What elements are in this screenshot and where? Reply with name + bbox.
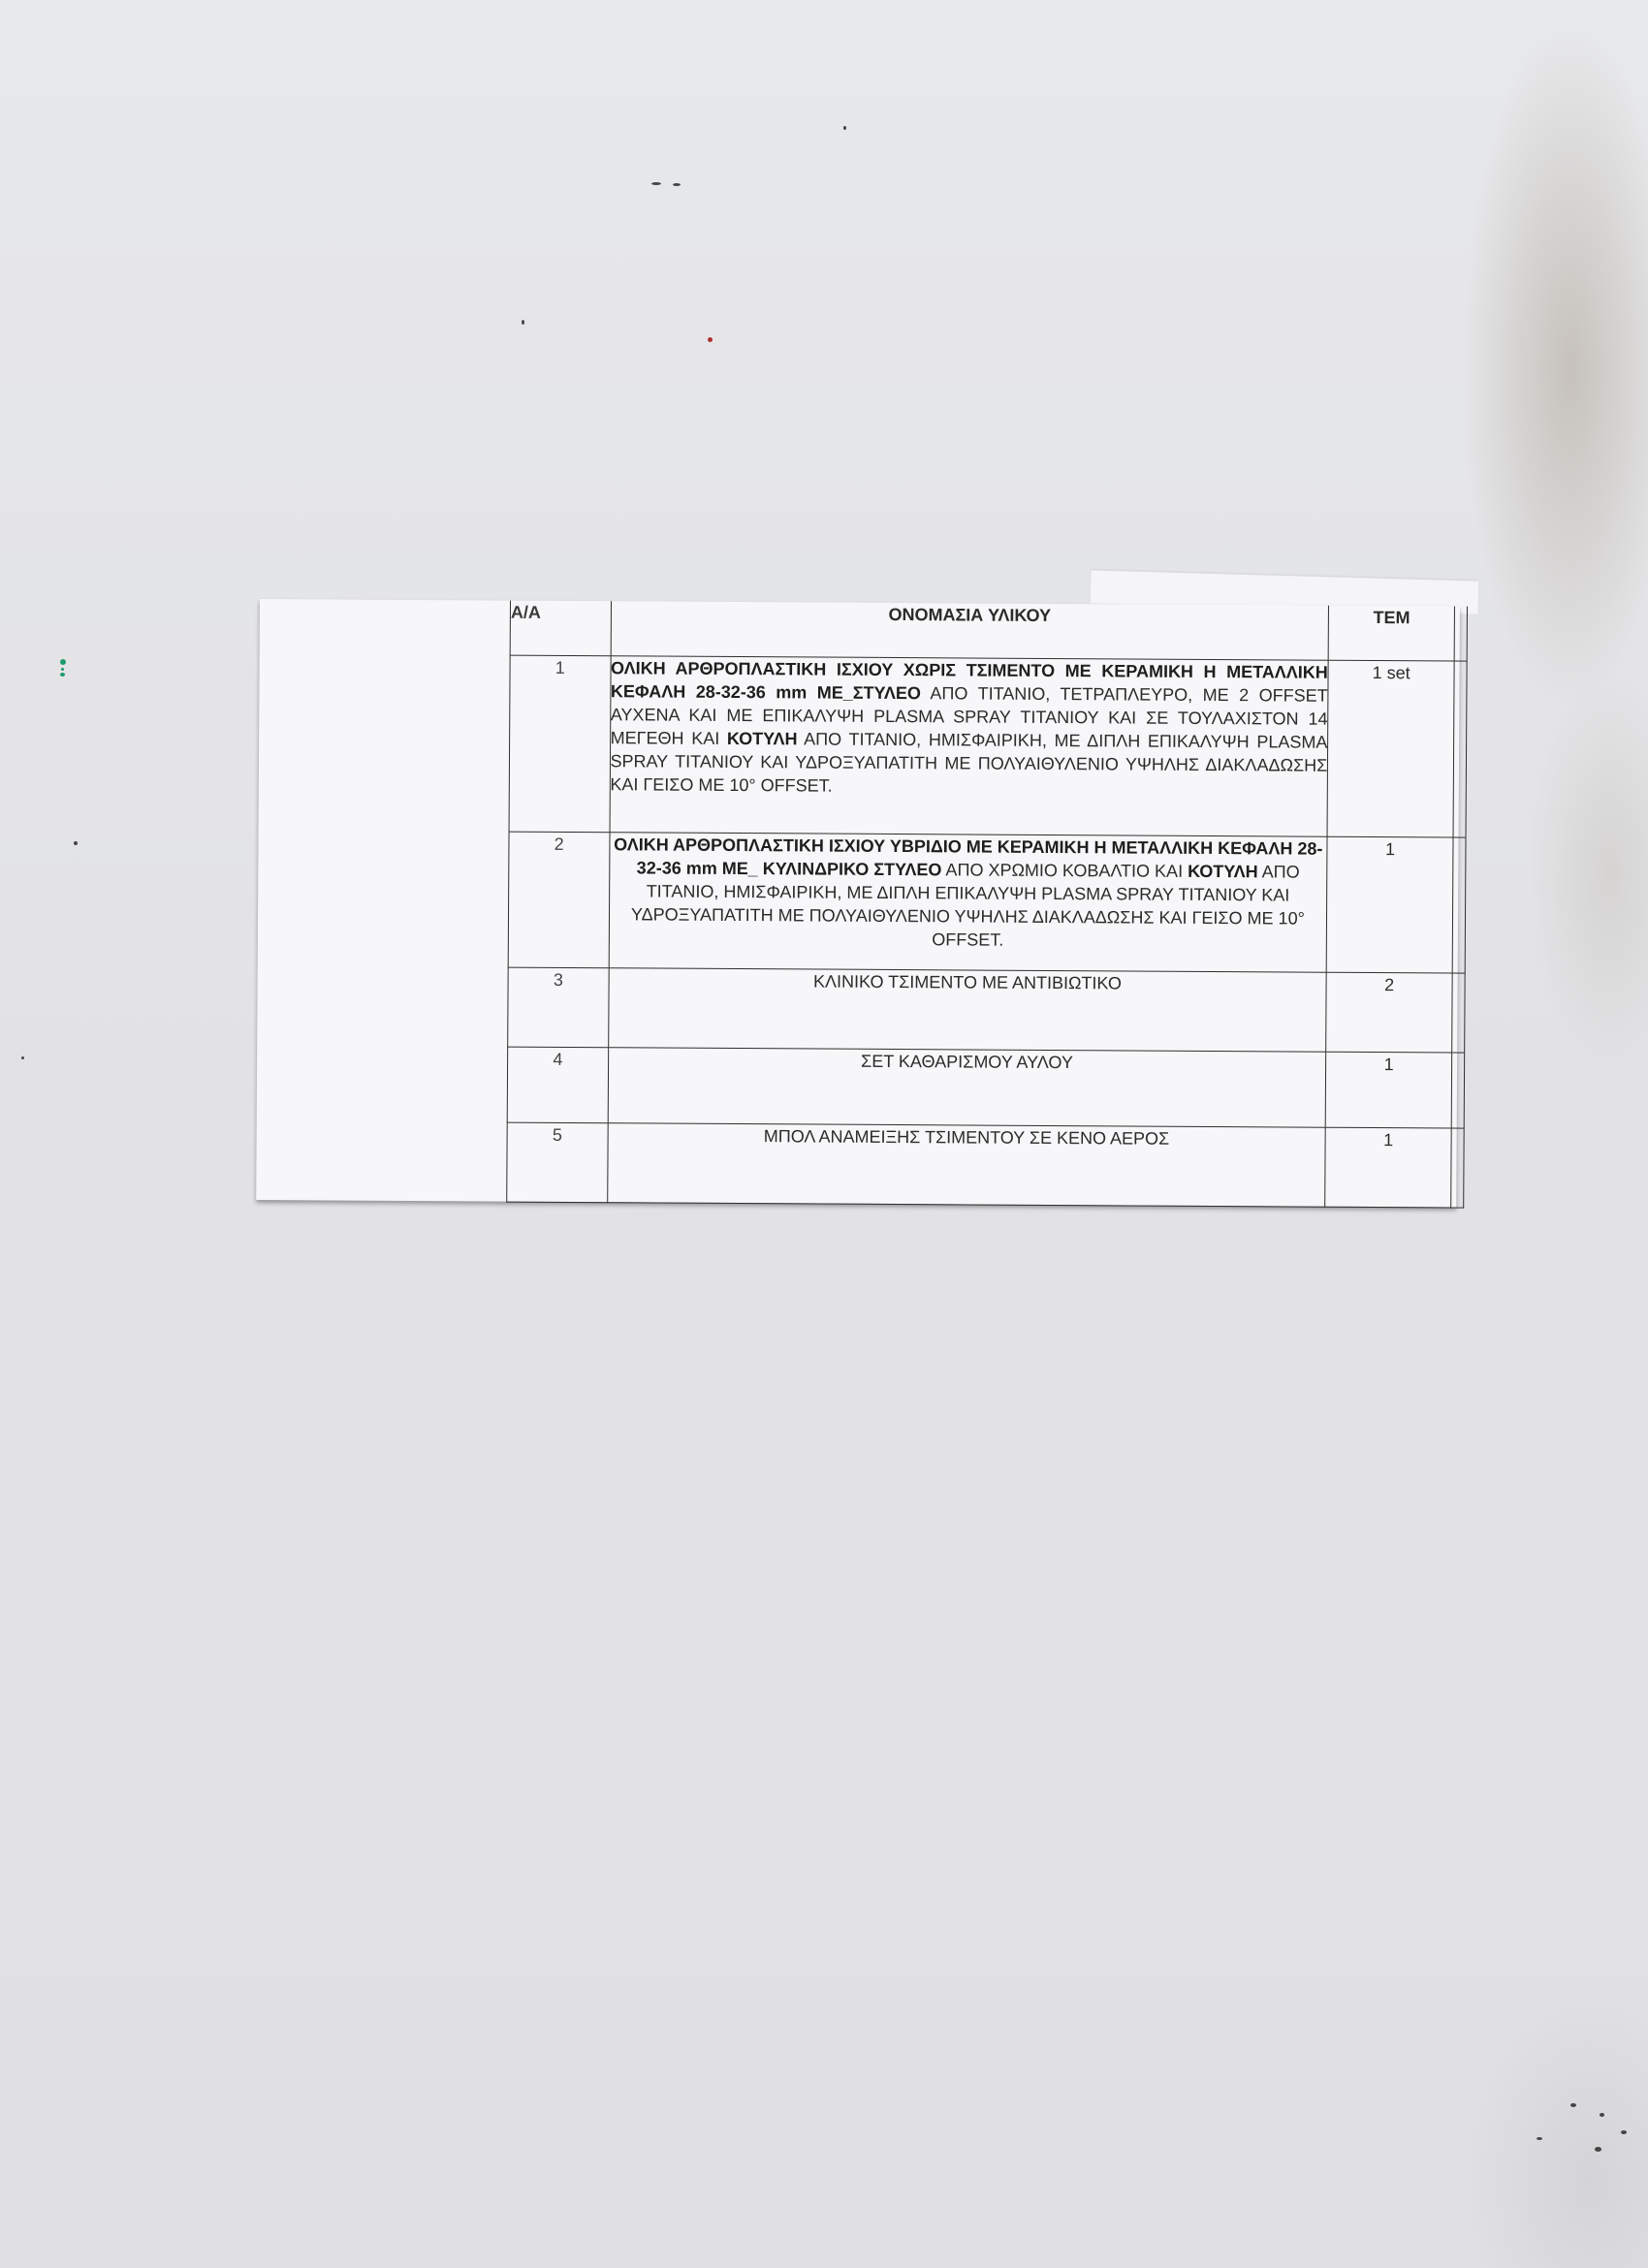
row-quantity: 1 bbox=[1325, 1127, 1451, 1208]
dust-speck bbox=[843, 126, 846, 130]
dust-speck bbox=[522, 320, 524, 325]
row-name: ΟΛΙΚΗ ΑΡΘΡΟΠΛΑΣΤΙΚΗ ΙΣΧΙΟΥ ΧΩΡΙΣ ΤΣΙΜΕΝΤ… bbox=[610, 655, 1329, 836]
dust-speck bbox=[1537, 2137, 1542, 2140]
header-name: ΟΝΟΜΑΣΙΑ ΥΛΙΚΟΥ bbox=[611, 601, 1329, 660]
header-extra bbox=[1454, 607, 1467, 661]
row-name-bold: ΚΟΤΥΛΗ bbox=[1188, 861, 1258, 880]
header-quantity: ΤΕΜ bbox=[1328, 606, 1454, 661]
table-row: 5 ΜΠΟΛ ΑΝΑΜΕΙΞΗΣ ΤΣΙΜΕΝΤΟΥ ΣΕ ΚΕΝΟ ΑΕΡΟΣ… bbox=[507, 1122, 1464, 1208]
row-index: 5 bbox=[507, 1122, 608, 1203]
row-name: ΣΕΤ ΚΑΘΑΡΙΣΜΟΥ ΑΥΛΟΥ bbox=[608, 1047, 1326, 1127]
table-row: 4 ΣΕΤ ΚΑΘΑΡΙΣΜΟΥ ΑΥΛΟΥ 1 bbox=[507, 1047, 1464, 1128]
table-row: 3 ΚΛΙΝΙΚΟ ΤΣΙΜΕΝΤΟ ΜΕ ΑΝΤΙΒΙΩΤΙΚΟ 2 bbox=[508, 967, 1465, 1053]
row-index: 3 bbox=[508, 967, 609, 1048]
row-quantity: 1 bbox=[1326, 836, 1453, 973]
row-index: 1 bbox=[509, 655, 611, 833]
row-quantity: 1 set bbox=[1327, 660, 1454, 837]
row-index: 2 bbox=[508, 832, 609, 968]
dust-speck bbox=[708, 337, 713, 342]
row-name: ΜΠΟΛ ΑΝΑΜΕΙΞΗΣ ΤΣΙΜΕΝΤΟΥ ΣΕ ΚΕΝΟ ΑΕΡΟΣ bbox=[607, 1122, 1325, 1207]
folded-document: Α/Α ΟΝΟΜΑΣΙΑ ΥΛΙΚΟΥ ΤΕΜ 1 ΟΛΙΚΗ ΑΡΘΡΟΠΛΑ… bbox=[256, 599, 1460, 1208]
table-header-row: Α/Α ΟΝΟΜΑΣΙΑ ΥΛΙΚΟΥ ΤΕΜ bbox=[510, 601, 1467, 661]
dust-speck bbox=[1570, 2103, 1576, 2107]
row-name: ΚΛΙΝΙΚΟ ΤΣΙΜΕΝΤΟ ΜΕ ΑΝΤΙΒΙΩΤΙΚΟ bbox=[608, 967, 1326, 1052]
row-index: 4 bbox=[507, 1047, 608, 1123]
dust-speck bbox=[74, 841, 78, 845]
row-name-text: ΑΠΟ ΧΡΩΜΙΟ ΚΟΒΑΛΤΙΟ ΚΑΙ bbox=[941, 860, 1188, 881]
dust-speck bbox=[651, 182, 661, 185]
row-quantity: 2 bbox=[1326, 972, 1452, 1053]
table-row: 2 ΟΛΙΚΗ ΑΡΘΡΟΠΛΑΣΤΙΚΗ ΙΣΧΙΟΥ ΥΒΡΙΔΙΟ ΜΕ … bbox=[508, 832, 1466, 973]
dust-speck bbox=[673, 183, 681, 186]
ink-mark bbox=[60, 659, 68, 680]
dust-speck bbox=[1595, 2147, 1601, 2152]
dust-speck bbox=[1600, 2113, 1604, 2117]
row-name: ΟΛΙΚΗ ΑΡΘΡΟΠΛΑΣΤΙΚΗ ΙΣΧΙΟΥ ΥΒΡΙΔΙΟ ΜΕ ΚΕ… bbox=[609, 832, 1328, 972]
materials-table: Α/Α ΟΝΟΜΑΣΙΑ ΥΛΙΚΟΥ ΤΕΜ 1 ΟΛΙΚΗ ΑΡΘΡΟΠΛΑ… bbox=[506, 601, 1468, 1209]
dust-speck bbox=[1621, 2130, 1627, 2134]
row-name-bold: ΚΟΤΥΛΗ bbox=[727, 728, 798, 747]
row-quantity: 1 bbox=[1325, 1052, 1451, 1128]
header-index: Α/Α bbox=[510, 601, 611, 656]
dust-speck bbox=[21, 1056, 24, 1059]
table-row: 1 ΟΛΙΚΗ ΑΡΘΡΟΠΛΑΣΤΙΚΗ ΙΣΧΙΟΥ ΧΩΡΙΣ ΤΣΙΜΕ… bbox=[509, 655, 1467, 837]
